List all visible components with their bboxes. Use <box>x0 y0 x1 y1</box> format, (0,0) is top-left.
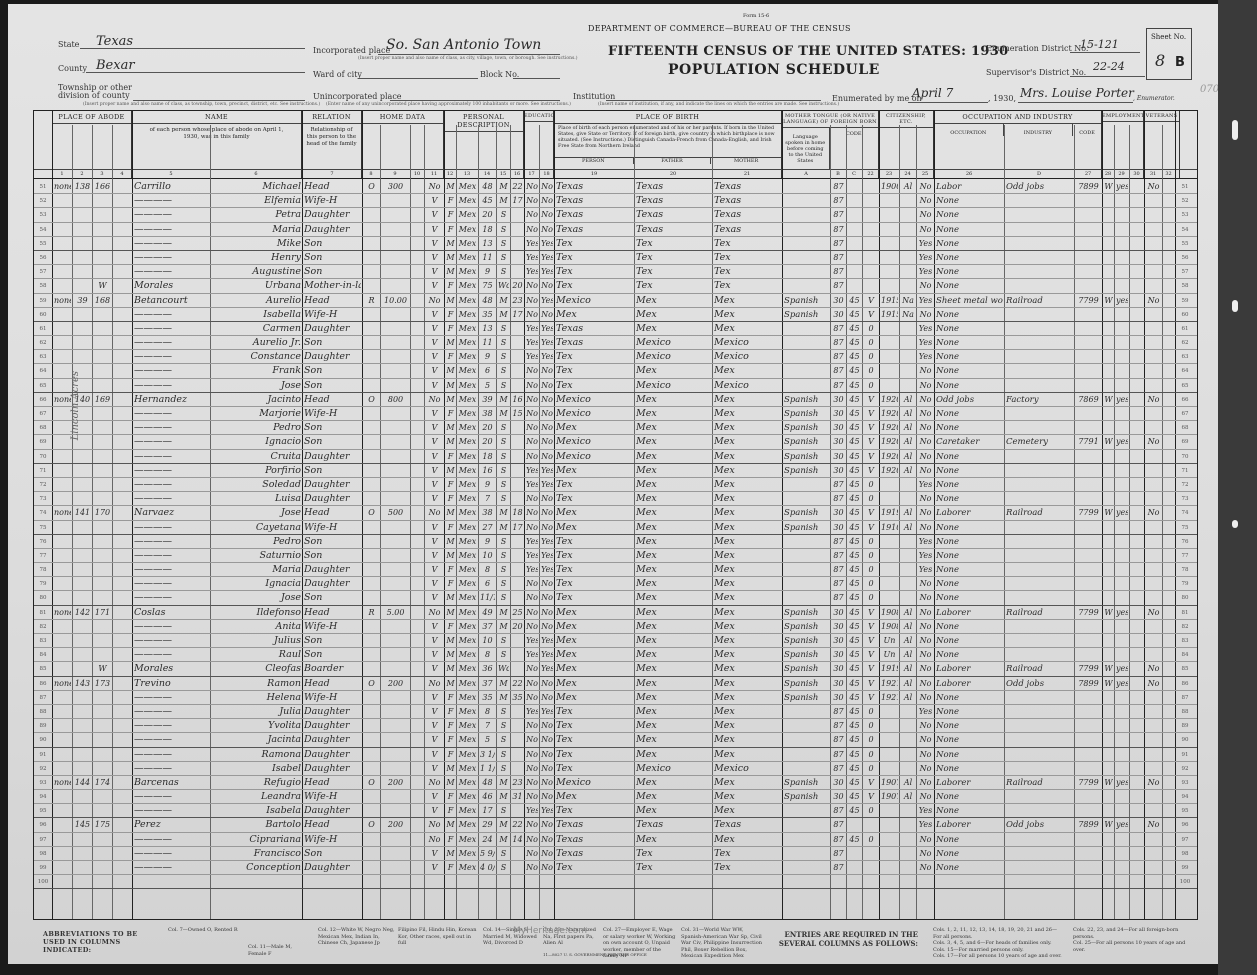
table-row: 92————IsabelDaughterVMMex1 1/2SNoNoTexMe… <box>34 762 1197 776</box>
cell-school: Yes <box>526 336 538 349</box>
cell-mother: Mex <box>714 521 781 534</box>
cell-school: No <box>526 407 538 420</box>
column-number: 5 <box>132 170 210 179</box>
cell-read: No <box>541 677 553 690</box>
cell-ca: 87 <box>832 549 845 562</box>
cell-cb: 45 <box>848 733 861 746</box>
cell-relation: Head <box>304 677 361 690</box>
line-number-right: 92 <box>1175 762 1195 776</box>
cell-relation: Wife-H <box>304 308 361 321</box>
cell-birth: Mex <box>556 691 633 704</box>
cell-school: Yes <box>526 535 538 548</box>
cell-marital: M <box>498 790 509 803</box>
cell-occupation: None <box>936 478 1003 491</box>
cell-occupation: Laborer <box>936 677 1003 690</box>
cell-race: Mex <box>458 251 477 264</box>
cell-read: No <box>541 279 553 292</box>
cell-ca: 87 <box>832 719 845 732</box>
cell-mother: Mexico <box>714 762 781 775</box>
cell-father: Tex <box>636 265 711 278</box>
cell-dwelling: 141 <box>74 506 91 519</box>
cell-farm: V <box>426 435 443 448</box>
cell-cc: V <box>864 634 878 647</box>
cell-occupation: None <box>936 322 1003 335</box>
table-row: 80————JoseSonVMMex11/12SNoNoTexMexMex874… <box>34 591 1197 605</box>
sheet-number: 8 <box>1155 51 1165 70</box>
cell-age-marr: 14 <box>512 833 523 846</box>
cell-race: Mex <box>458 521 477 534</box>
line-number-right: 86 <box>1175 677 1195 691</box>
cell-industry: Factory <box>1006 393 1073 406</box>
line-number-right: 97 <box>1175 833 1195 847</box>
line-number-right: 56 <box>1175 251 1195 265</box>
cell-english: Yes <box>918 350 933 363</box>
cell-occupation: None <box>936 762 1003 775</box>
cell-surname: ———— <box>134 833 209 846</box>
cell-father: Mex <box>636 506 711 519</box>
cell-cb: 45 <box>848 790 861 803</box>
cell-birth: Tex <box>556 577 633 590</box>
cell-english: No <box>918 223 933 236</box>
cell-marital: Wd <box>498 279 509 292</box>
cell-english: No <box>918 279 933 292</box>
table-row: 60————IsabellaWife-HVFMex35M17NoNoMexMex… <box>34 308 1197 322</box>
cell-farm: V <box>426 691 443 704</box>
cell-race: Mex <box>458 620 477 633</box>
cell-immig: 1919 <box>881 506 898 519</box>
cell-age-marr: 25 <box>512 606 523 619</box>
cell-immig: 1920 <box>881 421 898 434</box>
cell-family: W <box>94 662 111 675</box>
cell-occupation: Laborer <box>936 506 1003 519</box>
cell-relation: Head <box>304 294 361 307</box>
line-number-right: 51 <box>1175 180 1195 194</box>
cell-sex: F <box>446 223 455 236</box>
table-row: 86none143173TrevinoRamonHeadO200NoMMex37… <box>34 677 1197 691</box>
cell-sex: M <box>446 591 455 604</box>
line-number: 93 <box>36 776 50 789</box>
cell-industry: Railroad <box>1006 294 1073 307</box>
table-row: 95————IsabelaDaughterVFMex17SYesYesTexMe… <box>34 804 1197 818</box>
cell-surname: ———— <box>134 407 209 420</box>
column-number: C <box>846 170 862 179</box>
cell-english: No <box>918 861 933 874</box>
column-number: 19 <box>554 170 634 179</box>
column-number: B <box>830 170 846 179</box>
cell-mother: Tex <box>714 861 781 874</box>
line-number-right: 88 <box>1175 705 1195 719</box>
cell-sex: F <box>446 577 455 590</box>
cell-school: No <box>526 662 538 675</box>
cell-surname: Betancourt <box>134 294 209 307</box>
cell-birth: Mex <box>556 677 633 690</box>
cell-given: Ildefonso <box>212 606 301 619</box>
cell-age: 11/12 <box>480 591 495 604</box>
cell-farm: V <box>426 308 443 321</box>
cell-dwelling: 144 <box>74 776 91 789</box>
cell-birth: Tex <box>556 379 633 392</box>
cell-occupation: None <box>936 421 1003 434</box>
cell-english: No <box>918 577 933 590</box>
required-notes-1: Cols. 1, 2, 11, 12, 13, 14, 18, 19, 20, … <box>933 927 1063 960</box>
cell-read: Yes <box>541 804 553 817</box>
line-number: 54 <box>36 223 50 236</box>
cell-race: Mex <box>458 606 477 619</box>
cell-mother: Mexico <box>714 379 781 392</box>
cell-relation: Daughter <box>304 450 361 463</box>
cell-cb: 45 <box>848 776 861 789</box>
cell-father: Mex <box>636 393 711 406</box>
cell-cb: 45 <box>848 308 861 321</box>
cell-birth: Texas <box>556 208 633 221</box>
cell-father: Mex <box>636 776 711 789</box>
cell-occupation: None <box>936 237 1003 250</box>
cell-vet: No <box>1146 506 1161 519</box>
cell-birth: Mex <box>556 421 633 434</box>
cell-sex: F <box>446 450 455 463</box>
cell-race: Mex <box>458 223 477 236</box>
department-title: DEPARTMENT OF COMMERCE—BUREAU OF THE CEN… <box>588 24 851 33</box>
column-number: 32 <box>1162 170 1175 179</box>
cell-race: Mex <box>458 450 477 463</box>
cell-given: Saturnio <box>212 549 301 562</box>
cell-farm: V <box>426 421 443 434</box>
cell-marital: S <box>498 549 509 562</box>
cell-lang: Spanish <box>784 421 829 434</box>
state-label: State <box>58 40 79 49</box>
population-schedule-table: PLACE OF ABODE NAME of each person whose… <box>33 110 1198 920</box>
cell-marital: S <box>498 535 509 548</box>
cell-school: Yes <box>526 251 538 264</box>
cell-english: No <box>918 662 933 675</box>
cell-farm: No <box>426 776 443 789</box>
cell-vet: No <box>1146 662 1161 675</box>
institution-instruction: (Insert name of institution, if any, and… <box>598 102 839 107</box>
cell-farm: No <box>426 506 443 519</box>
cell-farm: V <box>426 861 443 874</box>
cell-age: 9 <box>480 478 495 491</box>
cell-mother: Texas <box>714 208 781 221</box>
cell-cc: V <box>864 294 878 307</box>
cell-ca: 30 <box>832 691 845 704</box>
cell-occupation: None <box>936 748 1003 761</box>
cell-natur: Al <box>901 464 915 477</box>
cell-read: No <box>541 435 553 448</box>
cell-cc: V <box>864 662 878 675</box>
cell-age: 5 <box>480 379 495 392</box>
cell-father: Mex <box>636 634 711 647</box>
cell-value: 200 <box>382 776 409 789</box>
cell-given: Raul <box>212 648 301 661</box>
cell-occupation: Laborer <box>936 818 1003 831</box>
cell-farm: V <box>426 577 443 590</box>
cell-birth: Tex <box>556 364 633 377</box>
col31-note: Col. 31—World War WW, Spanish-American W… <box>681 927 766 960</box>
cell-ca: 30 <box>832 790 845 803</box>
cell-cc: V <box>864 464 878 477</box>
cell-surname: ———— <box>134 577 209 590</box>
cell-relation: Head <box>304 606 361 619</box>
table-row: 73————LuisaDaughterVFMex7SNoNoTexMexMex8… <box>34 492 1197 506</box>
cell-age: 17 <box>480 804 495 817</box>
cell-marital: S <box>498 223 509 236</box>
cell-school: No <box>526 506 538 519</box>
cell-dwelling: 39 <box>74 294 91 307</box>
cell-farm: V <box>426 450 443 463</box>
cell-age-marr: 20 <box>512 620 523 633</box>
cell-surname: ———— <box>134 634 209 647</box>
cell-cb: 45 <box>848 662 861 675</box>
cell-read: Yes <box>541 265 553 278</box>
cell-cb: 45 <box>848 563 861 576</box>
cell-race: Mex <box>458 237 477 250</box>
cell-sex: M <box>446 818 455 831</box>
cell-given: Jose <box>212 379 301 392</box>
cell-vet: No <box>1146 776 1161 789</box>
cell-cc: V <box>864 790 878 803</box>
cell-dwelling: 145 <box>74 818 91 831</box>
cell-sex: M <box>446 648 455 661</box>
column-number: 17 <box>524 170 539 179</box>
line-number: 77 <box>36 549 50 562</box>
cell-school: No <box>526 591 538 604</box>
cell-read: No <box>541 208 553 221</box>
cell-read: Yes <box>541 251 553 264</box>
cell-school: Yes <box>526 804 538 817</box>
cell-immig: 1915 <box>881 308 898 321</box>
column-number: 2 <box>72 170 92 179</box>
cell-father: Texas <box>636 194 711 207</box>
cell-english: Yes <box>918 804 933 817</box>
cell-street: none <box>54 180 71 193</box>
cell-mother: Mex <box>714 450 781 463</box>
cell-natur: Al <box>901 180 915 193</box>
cell-ca: 30 <box>832 421 845 434</box>
cell-natur: Al <box>901 407 915 420</box>
cell-occupation: None <box>936 251 1003 264</box>
cell-work: yes <box>1116 435 1128 448</box>
cell-ind-code: 7899 <box>1076 818 1101 831</box>
line-number: 91 <box>36 748 50 761</box>
cell-race: Mex <box>458 748 477 761</box>
cell-farm: V <box>426 194 443 207</box>
table-row: 90————JacintaDaughterVFMex5SNoNoTexMexMe… <box>34 733 1197 747</box>
cell-occupation: None <box>936 223 1003 236</box>
cell-race: Mex <box>458 279 477 292</box>
col7-note: Col. 7—Owned O, Rented R <box>168 927 248 934</box>
column-number: A <box>782 170 830 179</box>
cell-read: Yes <box>541 294 553 307</box>
cell-industry: Odd jobs <box>1006 677 1073 690</box>
cell-father: Mex <box>636 833 711 846</box>
cell-race: Mex <box>458 662 477 675</box>
cell-mother: Tex <box>714 265 781 278</box>
cell-relation: Daughter <box>304 322 361 335</box>
column-number: 12 <box>444 170 456 179</box>
cell-read: No <box>541 790 553 803</box>
cell-class: W <box>1104 180 1113 193</box>
cell-family: 174 <box>94 776 111 789</box>
cell-marital: M <box>498 833 509 846</box>
cell-birth: Tex <box>556 279 633 292</box>
cell-sex: F <box>446 790 455 803</box>
cell-birth: Tex <box>556 861 633 874</box>
cell-school: No <box>526 677 538 690</box>
cell-school: No <box>526 521 538 534</box>
cell-sex: F <box>446 407 455 420</box>
line-number: 73 <box>36 492 50 505</box>
cell-cb: 45 <box>848 336 861 349</box>
table-row: 76————PedroSonVMMex9SYesYesTexMexMex8745… <box>34 535 1197 549</box>
cell-relation: Daughter <box>304 577 361 590</box>
cell-english: Yes <box>918 294 933 307</box>
cell-age: 10 <box>480 634 495 647</box>
cell-marital: S <box>498 421 509 434</box>
township-label: Township or other division of county <box>58 84 148 100</box>
cell-english: No <box>918 748 933 761</box>
cell-farm: No <box>426 833 443 846</box>
cell-farm: V <box>426 265 443 278</box>
cell-age: 9 <box>480 265 495 278</box>
cell-marital: S <box>498 861 509 874</box>
cell-birth: Tex <box>556 251 633 264</box>
cell-occupation: None <box>936 648 1003 661</box>
cell-age: 35 <box>480 308 495 321</box>
column-number: 21 <box>712 170 782 179</box>
cell-age: 11 <box>480 251 495 264</box>
cell-race: Mex <box>458 464 477 477</box>
table-row: 55————MikeSonVMMex13SYesYesTexTexTex87Ye… <box>34 237 1197 251</box>
cell-read: No <box>541 180 553 193</box>
column-number: 25 <box>916 170 934 179</box>
cell-ca: 87 <box>832 591 845 604</box>
cell-marital: S <box>498 251 509 264</box>
cell-marital: S <box>498 762 509 775</box>
cell-mother: Mex <box>714 748 781 761</box>
cell-school: Yes <box>526 237 538 250</box>
cell-sex: M <box>446 393 455 406</box>
cell-surname: ———— <box>134 861 209 874</box>
cell-occupation: None <box>936 521 1003 534</box>
cell-english: Yes <box>918 265 933 278</box>
cell-surname: ———— <box>134 549 209 562</box>
cell-immig: 1908 <box>881 620 898 633</box>
cell-read: No <box>541 364 553 377</box>
cell-ind-code: 7799 <box>1076 606 1101 619</box>
cell-ca: 87 <box>832 364 845 377</box>
cell-occupation: None <box>936 634 1003 647</box>
cell-given: Ignacia <box>212 577 301 590</box>
cell-birth: Mexico <box>556 407 633 420</box>
cell-occupation: None <box>936 847 1003 860</box>
cell-relation: Daughter <box>304 350 361 363</box>
cell-sex: F <box>446 861 455 874</box>
cell-ca: 87 <box>832 833 845 846</box>
cell-age: 20 <box>480 435 495 448</box>
sheet-number-label: Sheet No. <box>1151 33 1186 41</box>
cell-sex: M <box>446 847 455 860</box>
census-title: FIFTEENTH CENSUS OF THE UNITED STATES: 1… <box>608 44 1008 59</box>
cell-occupation: None <box>936 194 1003 207</box>
cell-race: Mex <box>458 265 477 278</box>
cell-school: Yes <box>526 634 538 647</box>
cell-age: 7 <box>480 719 495 732</box>
cell-read: No <box>541 861 553 874</box>
cell-relation: Wife-H <box>304 691 361 704</box>
cell-farm: No <box>426 180 443 193</box>
cell-mother: Mex <box>714 393 781 406</box>
table-row: 74none141170NarvaezJoseHeadO500NoMMex38M… <box>34 506 1197 520</box>
line-number-right: 75 <box>1175 521 1195 535</box>
cell-cb: 45 <box>848 506 861 519</box>
cell-english: No <box>918 208 933 221</box>
cell-read: No <box>541 308 553 321</box>
column-number: D <box>1004 170 1074 179</box>
cell-occupation: None <box>936 350 1003 363</box>
cell-street: none <box>54 506 71 519</box>
cell-cc: 0 <box>864 748 878 761</box>
cell-sex: F <box>446 208 455 221</box>
cell-birth: Texas <box>556 818 633 831</box>
table-row: 51none138166CarrilloMichaelHeadO300NoMMe… <box>34 180 1197 194</box>
cell-dwelling: 138 <box>74 180 91 193</box>
line-number-right: 78 <box>1175 563 1195 577</box>
cell-cc: V <box>864 393 878 406</box>
cell-surname: ———— <box>134 322 209 335</box>
cell-read: Yes <box>541 322 553 335</box>
line-number-right: 96 <box>1175 818 1195 832</box>
cell-race: Mex <box>458 336 477 349</box>
cell-immig: Un <box>881 648 898 661</box>
column-number: 11 <box>424 170 444 179</box>
cell-age: 1 1/2 <box>480 762 495 775</box>
cell-read: Yes <box>541 549 553 562</box>
cell-mother: Mex <box>714 435 781 448</box>
cell-age: 37 <box>480 620 495 633</box>
cell-race: Mex <box>458 308 477 321</box>
cell-father: Mex <box>636 662 711 675</box>
cell-surname: ———— <box>134 790 209 803</box>
cell-cc: 0 <box>864 322 878 335</box>
cell-immig: 1920 <box>881 407 898 420</box>
cell-vet: No <box>1146 677 1161 690</box>
cell-marital: S <box>498 322 509 335</box>
cell-ca: 30 <box>832 450 845 463</box>
cell-farm: V <box>426 521 443 534</box>
line-number-right: 64 <box>1175 364 1195 378</box>
cell-industry: Odd jobs <box>1006 818 1073 831</box>
line-number-right: 70 <box>1175 450 1195 464</box>
column-numbers-row: 123456789101112131415161718192021ABC2223… <box>34 169 1197 179</box>
cell-cc: 0 <box>864 563 878 576</box>
cell-sex: M <box>446 265 455 278</box>
cell-cb: 45 <box>848 478 861 491</box>
cell-farm: V <box>426 705 443 718</box>
cell-cb: 45 <box>848 648 861 661</box>
cell-birth: Mex <box>556 620 633 633</box>
cell-farm: V <box>426 790 443 803</box>
table-row: 81none142171CoslasIldefonsoHeadR5.00NoMM… <box>34 606 1197 620</box>
cell-school: No <box>526 308 538 321</box>
cell-age: 20 <box>480 208 495 221</box>
cell-relation: Daughter <box>304 762 361 775</box>
cell-marital: S <box>498 492 509 505</box>
cell-given: Carmen <box>212 322 301 335</box>
cell-cb: 45 <box>848 464 861 477</box>
cell-race: Mex <box>458 364 477 377</box>
cell-surname: ———— <box>134 648 209 661</box>
cell-cc: 0 <box>864 336 878 349</box>
